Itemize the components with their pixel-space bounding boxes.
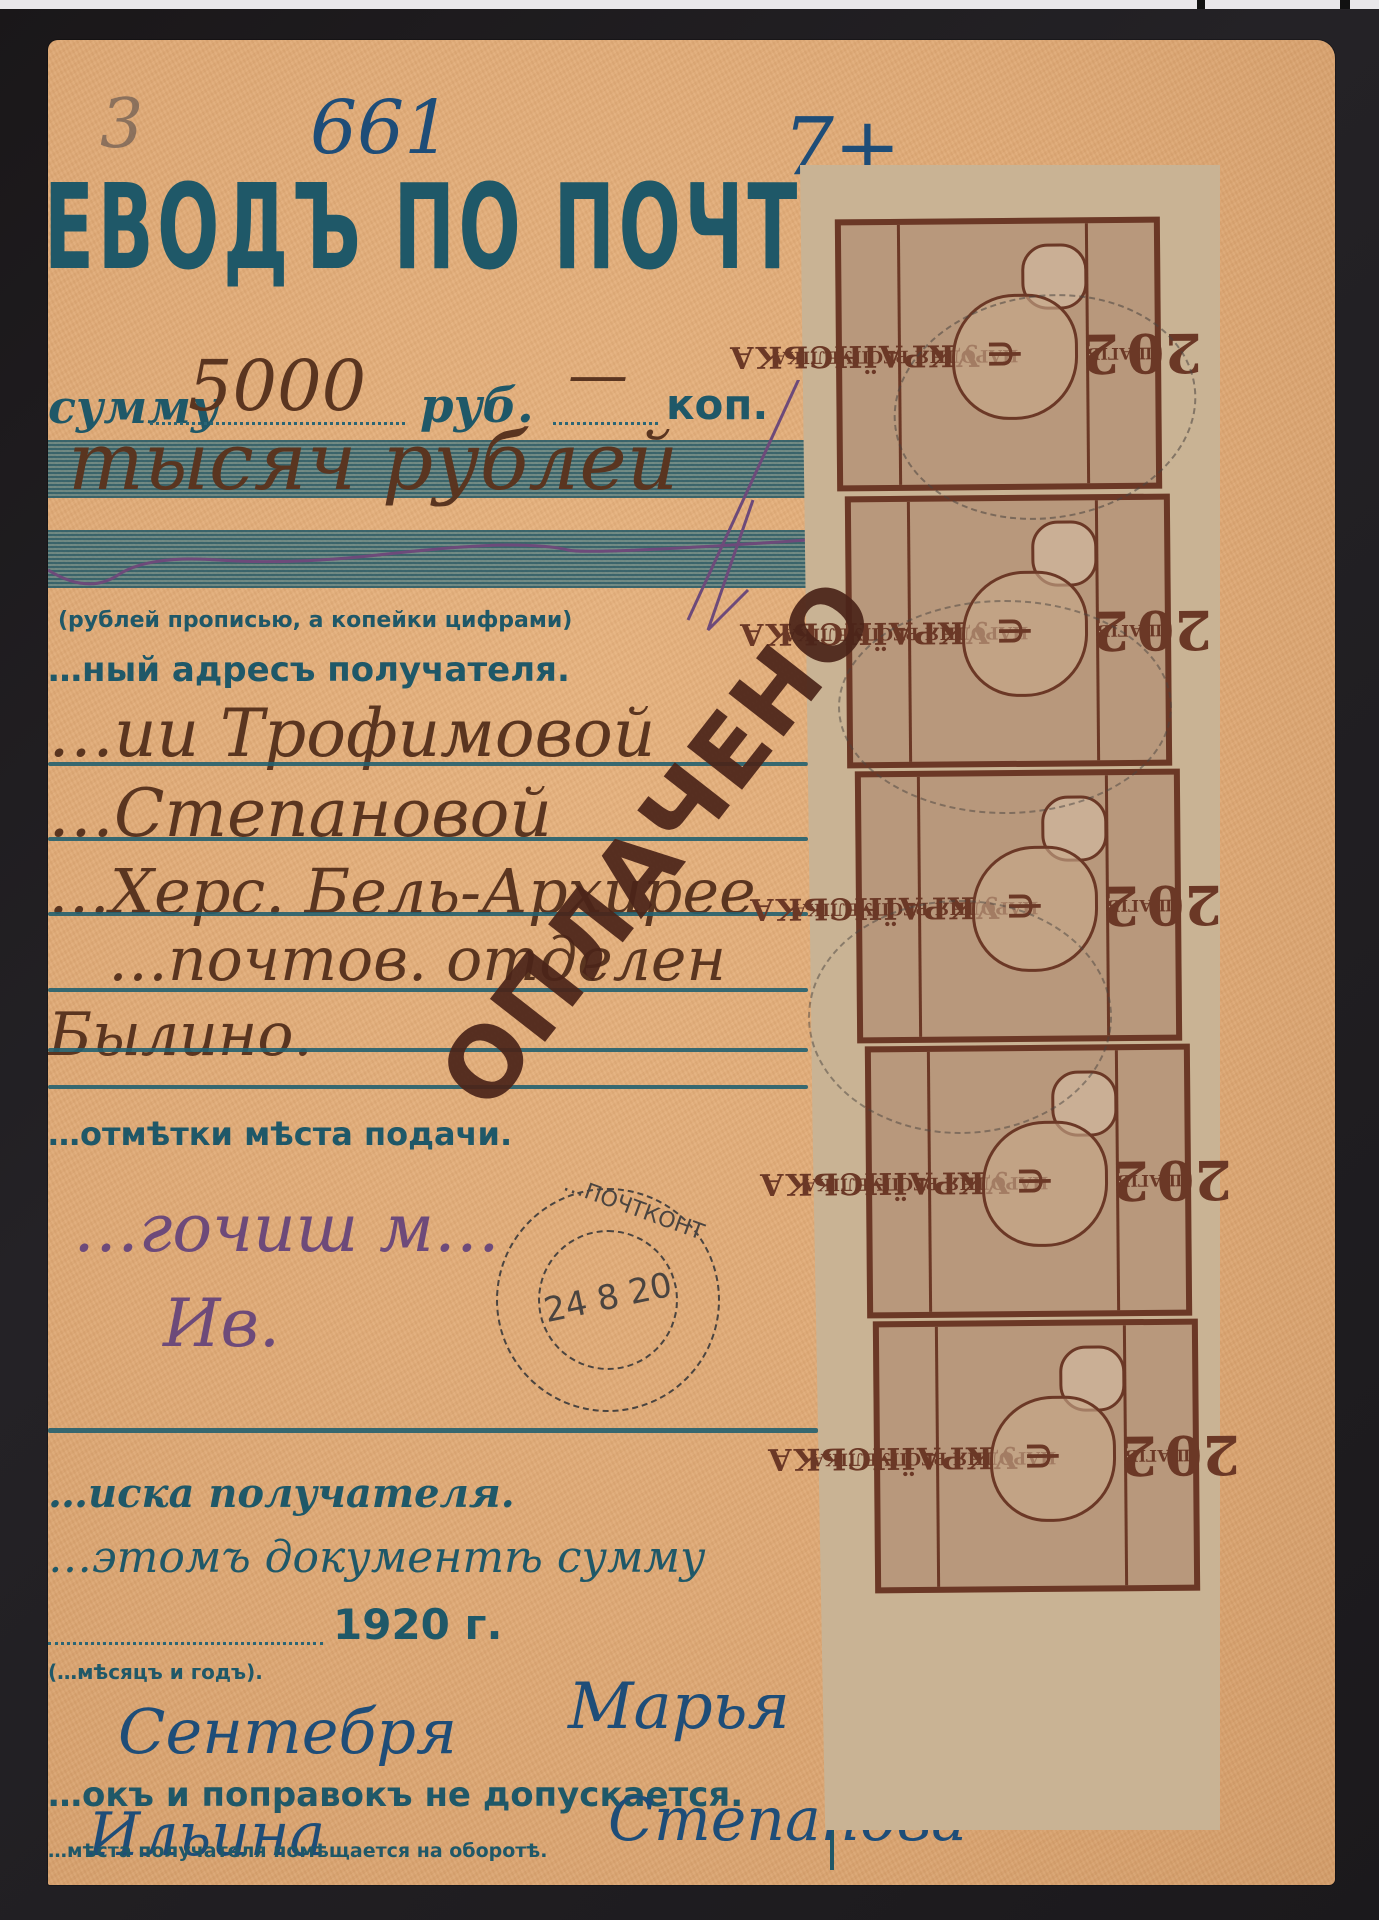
receipt-text: …этомъ документѣ сумму: [48, 1532, 706, 1583]
postmark: 24 8 20 …ПОЧТКОНТ: [496, 1188, 720, 1412]
purple-pen-strokes: [48, 380, 828, 680]
trident-icon: ψ: [998, 1161, 1058, 1202]
top-edge-strip: [0, 0, 1379, 9]
stamp-issuer: УКРАЇНСЬКАНАРОДНЯ РЕСПУБЛІКА: [845, 225, 902, 485]
receipt-label: …иска получателя.: [48, 1470, 515, 1517]
signature-first-name: Марья: [568, 1670, 790, 1744]
footnote: …мѣста получателя помѣщается на оборотѣ.: [48, 1840, 548, 1862]
pencil-number: 3: [100, 85, 143, 164]
trident-icon: ψ: [1006, 1436, 1066, 1477]
money-order-card: 3 661 7+ ЕВОДЪ ПО ПОЧТѢ сумму 5000 руб. …: [48, 40, 1335, 1885]
stamp-value: 2ШАГІВ20: [1123, 1325, 1190, 1586]
stamp-issuer: УКРАЇНСЬКАНАРОДНЯ РЕСПУБЛІКА: [883, 1327, 940, 1587]
month-year-hint: (…мѣсяцъ и годъ).: [48, 1660, 263, 1684]
address-label: …ный адресъ получателя.: [48, 650, 570, 690]
sender-mark-label: …отмѣтки мѣста подачи.: [48, 1115, 512, 1153]
address-line-5: Былино.: [48, 1000, 313, 1070]
signature-month: Сентебря: [118, 1695, 457, 1768]
sender-handwritten-1: …гочиш м…: [73, 1190, 500, 1267]
form-title: ЕВОДЪ ПО ПОЧТѢ: [48, 158, 866, 296]
address-line-1: …ии Трофимовой: [48, 695, 655, 772]
year-text: 1920 г.: [333, 1600, 502, 1649]
amount-hint: (рублей прописью, а копейки цифрами): [58, 608, 572, 633]
postage-stamp: УКРАЇНСЬКАНАРОДНЯ РЕСПУБЛІКАψ2ШАГІВ20: [873, 1319, 1200, 1594]
postmark-ghost-3: [808, 900, 1112, 1134]
stamp-value: 2ШАГІВ20: [1105, 775, 1172, 1036]
sender-handwritten-2: Ив.: [163, 1285, 280, 1362]
stamp-value: 2ШАГІВ20: [1115, 1050, 1182, 1311]
